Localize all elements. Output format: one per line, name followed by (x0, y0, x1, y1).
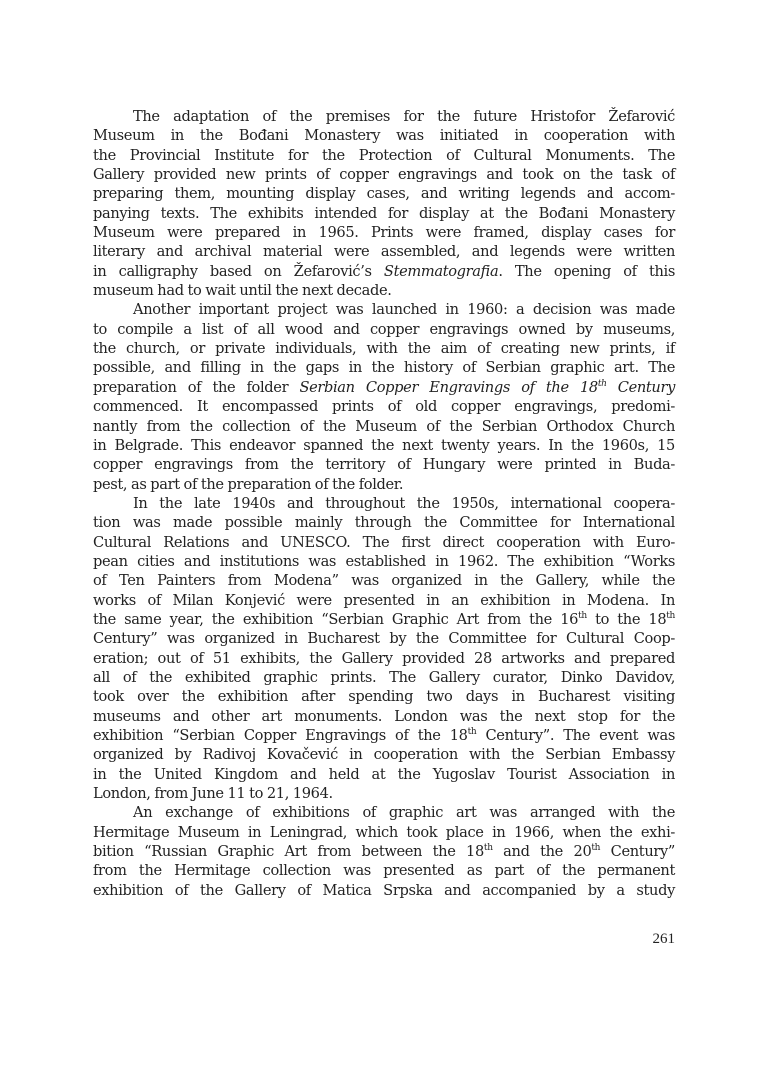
text-run: nantly from the collection of the Museum… (93, 418, 675, 435)
text-run: preparing them, mounting display cases, … (93, 185, 675, 202)
text-line: organized by Radivoj Kovačević in cooper… (93, 745, 675, 764)
text-run: Another important project was launched i… (133, 301, 675, 318)
text-line: the church, or private individuals, with… (93, 339, 675, 358)
text-line: preparation of the folder Serbian Copper… (93, 378, 675, 397)
text-run: tion was made possible mainly through th… (93, 514, 675, 531)
text-line: Hermitage Museum in Leningrad, which too… (93, 823, 675, 842)
superscript: th (666, 611, 675, 621)
text-line: took over the exhibition after spending … (93, 687, 675, 706)
text-run: copper engravings from the territory of … (93, 456, 675, 473)
text-line: commenced. It encompassed prints of old … (93, 397, 675, 416)
text-run: pest, as part of the preparation of the … (93, 476, 403, 493)
text-run: all of the exhibited graphic prints. The… (93, 669, 675, 686)
text-line: museums and other art monuments. London … (93, 707, 675, 726)
text-run: The adaptation of the premises for the f… (133, 108, 675, 125)
text-run: In the late 1940s and throughout the 195… (133, 495, 675, 512)
text-run: Gallery provided new prints of copper en… (93, 166, 675, 183)
text-run: possible, and filling in the gaps in the… (93, 359, 675, 376)
text-run: museums and other art monuments. London … (93, 708, 675, 725)
text-line: possible, and filling in the gaps in the… (93, 358, 675, 377)
text-run: to compile a list of all wood and copper… (93, 321, 675, 338)
text-line: copper engravings from the territory of … (93, 455, 675, 474)
text-run: the same year, the exhibition “Serbian G… (93, 611, 578, 628)
text-run: London, from June 11 to 21, 1964. (93, 785, 333, 802)
text-line: Gallery provided new prints of copper en… (93, 165, 675, 184)
text-line: In the late 1940s and throughout the 195… (93, 494, 675, 513)
text-line: museum had to wait until the next decade… (93, 281, 675, 300)
text-line: eration; out of 51 exhibits, the Gallery… (93, 649, 675, 668)
text-line: literary and archival material were asse… (93, 242, 675, 261)
text-line: the same year, the exhibition “Serbian G… (93, 610, 675, 629)
text-run: the church, or private individuals, with… (93, 340, 675, 357)
text-line: tion was made possible mainly through th… (93, 513, 675, 532)
text-run: pean cities and institutions was establi… (93, 553, 675, 570)
text-run: Century” (600, 843, 675, 860)
paragraph: Another important project was launched i… (93, 300, 675, 493)
superscript: th (578, 611, 587, 621)
text-line: preparing them, mounting display cases, … (93, 184, 675, 203)
text-run: exhibition “Serbian Copper Engravings of… (93, 727, 468, 744)
text-run: . The opening of this (498, 263, 675, 280)
text-line: works of Milan Konjević were presented i… (93, 591, 675, 610)
text-run: Cultural Relations and UNESCO. The first… (93, 534, 675, 551)
text-run: to the 18 (587, 611, 666, 628)
text-line: Museum were prepared in 1965. Prints wer… (93, 223, 675, 242)
text-line: Another important project was launched i… (93, 300, 675, 319)
text-line: from the Hermitage collection was presen… (93, 861, 675, 880)
text-run: museum had to wait until the next decade… (93, 282, 392, 299)
italic-text: Serbian Copper Engravings of the 18 (299, 379, 597, 396)
text-run: Century”. The event was (476, 727, 675, 744)
body-text: The adaptation of the premises for the f… (93, 107, 675, 900)
text-line: bition “Russian Graphic Art from between… (93, 842, 675, 861)
text-run: Museum in the Bođani Monastery was initi… (93, 127, 675, 144)
text-run: exhibition of the Gallery of Matica Srps… (93, 882, 675, 899)
superscript: th (591, 843, 600, 853)
text-run: in calligraphy based on Žefarović’s (93, 263, 384, 280)
text-line: to compile a list of all wood and copper… (93, 320, 675, 339)
text-line: An exchange of exhibitions of graphic ar… (93, 803, 675, 822)
text-line: all of the exhibited graphic prints. The… (93, 668, 675, 687)
text-run: panying texts. The exhibits intended for… (93, 205, 675, 222)
italic-text: Century (607, 379, 675, 396)
text-line: London, from June 11 to 21, 1964. (93, 784, 675, 803)
text-line: pest, as part of the preparation of the … (93, 475, 675, 494)
text-run: organized by Radivoj Kovačević in cooper… (93, 746, 675, 763)
text-run: in the United Kingdom and held at the Yu… (93, 766, 675, 783)
paragraph: In the late 1940s and throughout the 195… (93, 494, 675, 804)
text-run: Century” was organized in Bucharest by t… (93, 630, 675, 647)
paragraph: The adaptation of the premises for the f… (93, 107, 675, 300)
text-run: literary and archival material were asse… (93, 243, 675, 260)
text-line: exhibition “Serbian Copper Engravings of… (93, 726, 675, 745)
text-line: Cultural Relations and UNESCO. The first… (93, 533, 675, 552)
text-line: Century” was organized in Bucharest by t… (93, 629, 675, 648)
text-line: pean cities and institutions was establi… (93, 552, 675, 571)
text-run: An exchange of exhibitions of graphic ar… (133, 804, 675, 821)
text-run: commenced. It encompassed prints of old … (93, 398, 675, 415)
page-number: 261 (605, 931, 675, 948)
text-run: preparation of the folder (93, 379, 299, 396)
text-line: in Belgrade. This endeavor spanned the n… (93, 436, 675, 455)
document-page: The adaptation of the premises for the f… (0, 0, 773, 1080)
italic-text: Stemmatografia (384, 263, 498, 280)
superscript: th (484, 843, 493, 853)
text-line: in calligraphy based on Žefarović’s Stem… (93, 262, 675, 281)
text-line: the Provincial Institute for the Protect… (93, 146, 675, 165)
text-line: of Ten Painters from Modena” was organiz… (93, 571, 675, 590)
text-run: the Provincial Institute for the Protect… (93, 147, 675, 164)
text-run: of Ten Painters from Modena” was organiz… (93, 572, 675, 589)
text-line: in the United Kingdom and held at the Yu… (93, 765, 675, 784)
text-run: and the 20 (493, 843, 592, 860)
text-line: nantly from the collection of the Museum… (93, 417, 675, 436)
text-run: eration; out of 51 exhibits, the Gallery… (93, 650, 675, 667)
text-line: The adaptation of the premises for the f… (93, 107, 675, 126)
text-line: Museum in the Bođani Monastery was initi… (93, 126, 675, 145)
text-run: from the Hermitage collection was presen… (93, 862, 675, 879)
text-line: panying texts. The exhibits intended for… (93, 204, 675, 223)
text-run: in Belgrade. This endeavor spanned the n… (93, 437, 675, 454)
text-run: Museum were prepared in 1965. Prints wer… (93, 224, 675, 241)
superscript: th (598, 379, 607, 389)
text-line: exhibition of the Gallery of Matica Srps… (93, 881, 675, 900)
text-run: Hermitage Museum in Leningrad, which too… (93, 824, 675, 841)
text-run: bition “Russian Graphic Art from between… (93, 843, 484, 860)
paragraph: An exchange of exhibitions of graphic ar… (93, 803, 675, 900)
superscript: th (468, 727, 477, 737)
text-run: works of Milan Konjević were presented i… (93, 592, 675, 609)
text-run: took over the exhibition after spending … (93, 688, 675, 705)
